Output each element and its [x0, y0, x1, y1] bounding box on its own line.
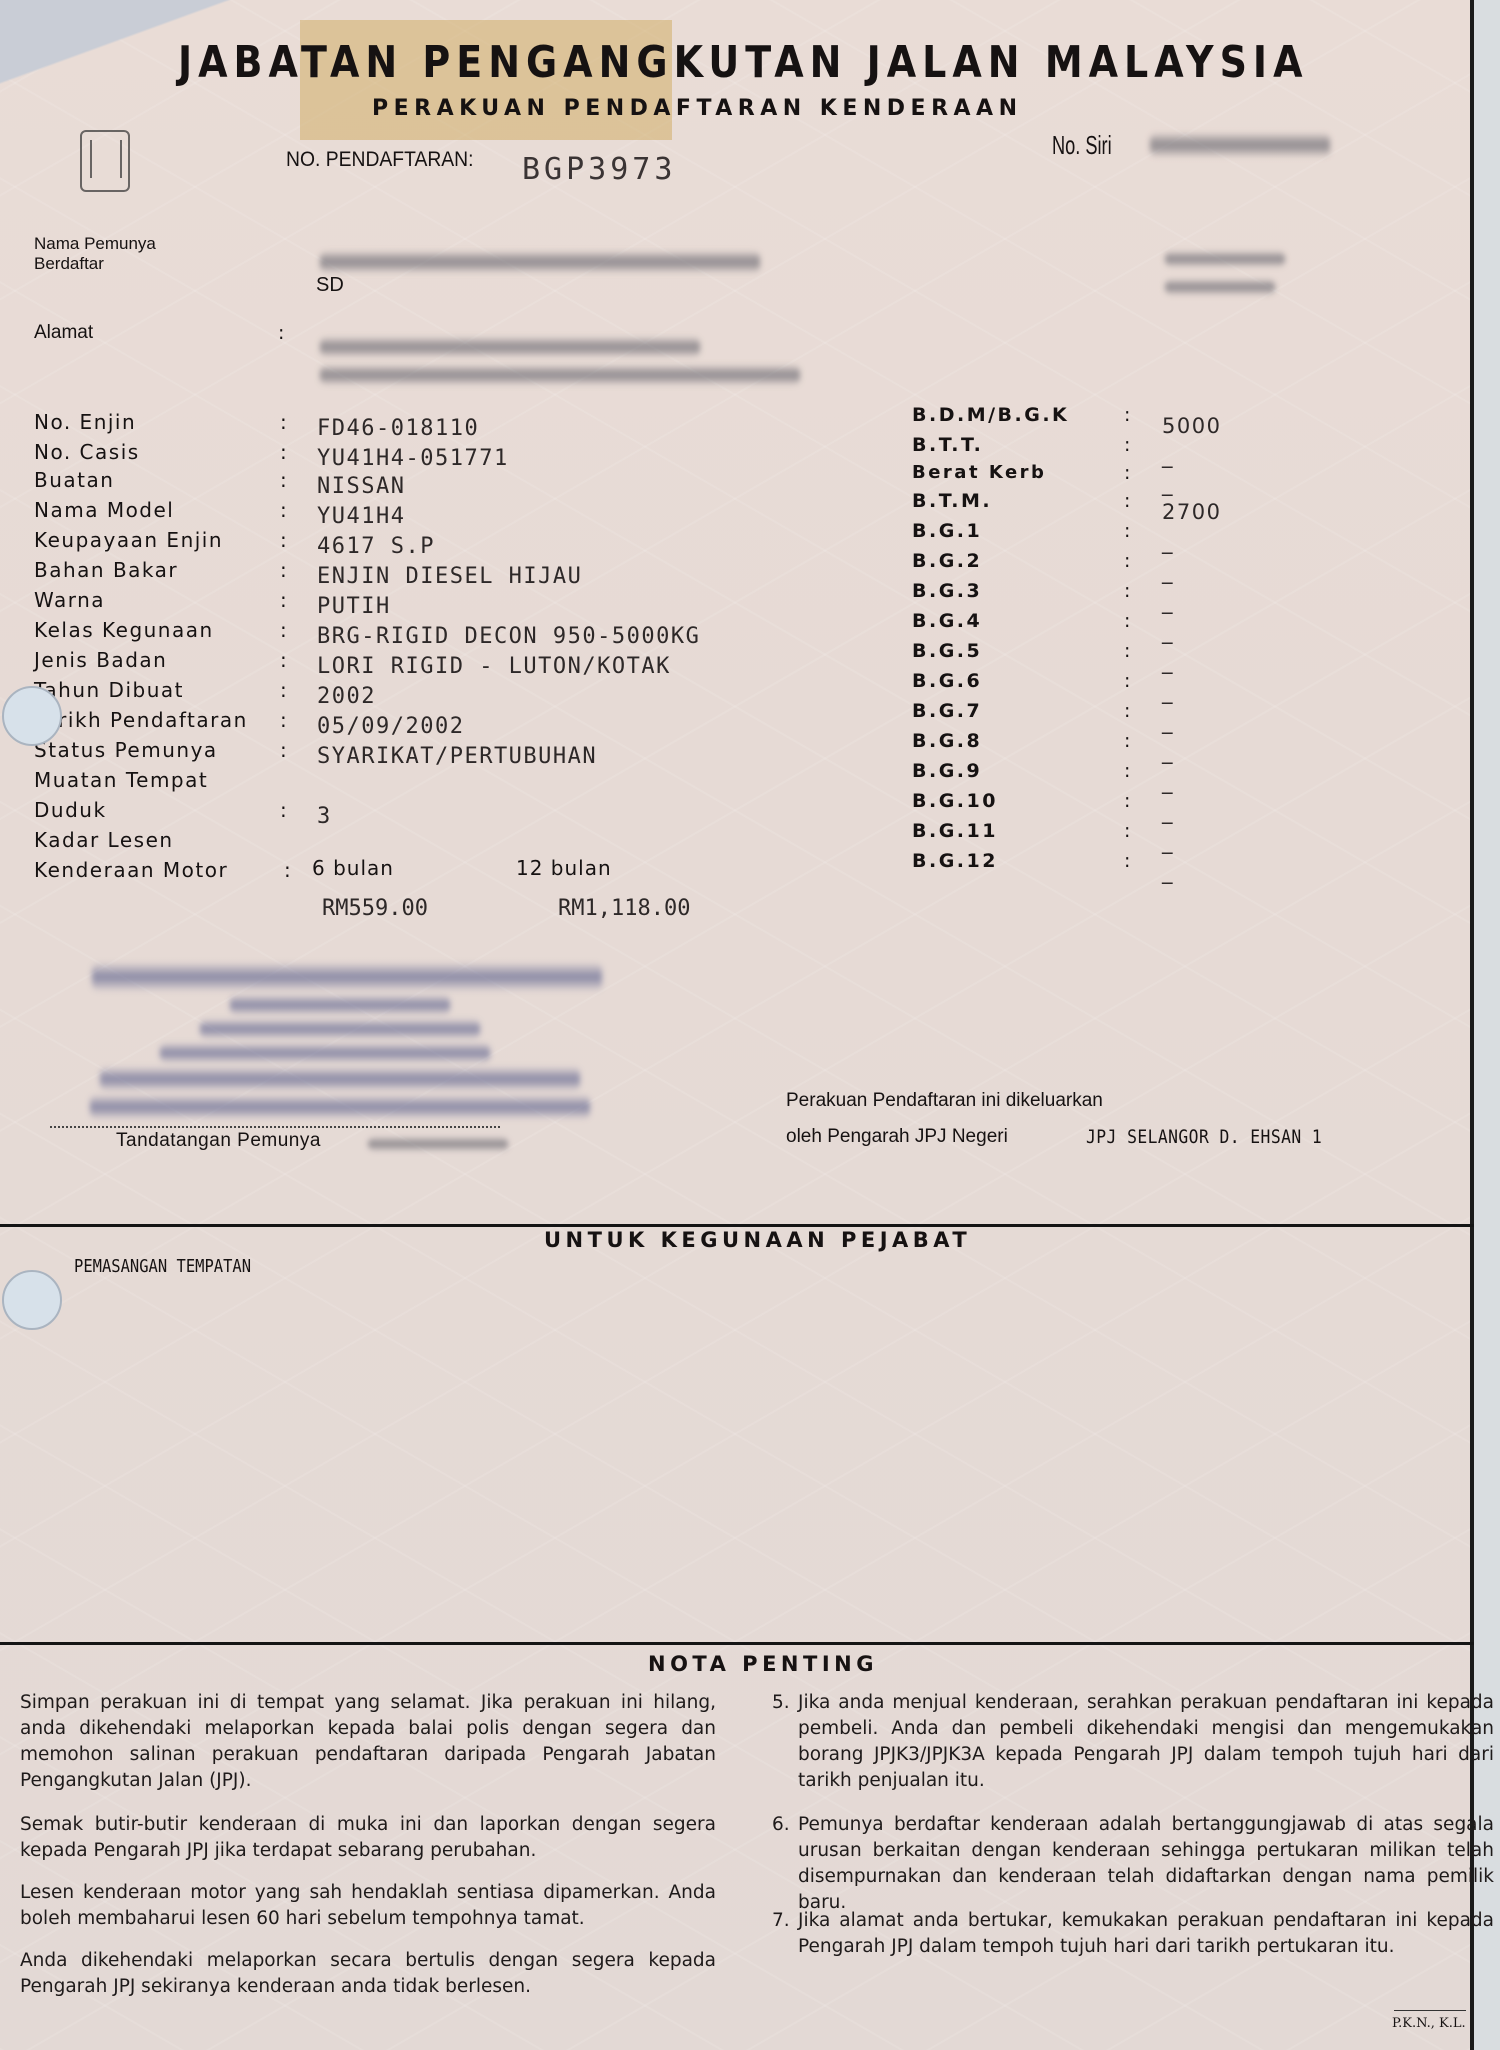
note-item-3: Lesen kenderaan motor yang sah hendaklah… — [20, 1880, 716, 1932]
punch-hole — [2, 1270, 62, 1330]
field-model: Nama Model:YU41H4 — [34, 498, 794, 528]
redacted-stamp-6 — [90, 1094, 590, 1120]
spec-bg4: B.G.4:_ — [912, 610, 1332, 640]
redacted-id-2 — [1165, 278, 1275, 296]
serial-label: No. Siri — [1052, 130, 1112, 161]
field-seating: Duduk:3 — [34, 798, 794, 828]
spec-bg8: B.G.8:_ — [912, 730, 1332, 760]
field-engine-capacity: Keupayaan Enjin:4617 S.P — [34, 528, 794, 558]
spec-bg1: B.G.1:_ — [912, 520, 1332, 550]
field-colour: Warna:PUTIH — [34, 588, 794, 618]
document-title: PERAKUAN PENDAFTARAN KENDERAAN — [372, 96, 1023, 121]
note-item-6: 6.Pemunya berdaftar kenderaan adalah ber… — [798, 1812, 1494, 1916]
spec-btm: B.T.M.:2700 — [912, 490, 1332, 520]
field-body-type: Jenis Badan:LORI RIGID - LUTON/KOTAK — [34, 648, 794, 678]
redacted-signature-suffix — [368, 1136, 508, 1152]
spec-btt: B.T.T.:_ — [912, 434, 1332, 464]
spec-bg6: B.G.6:_ — [912, 670, 1332, 700]
field-make: Buatan:NISSAN — [34, 468, 794, 498]
field-year-made: Tahun Dibuat:2002 — [34, 678, 794, 708]
redacted-address-2 — [320, 364, 800, 386]
license-amount-6: RM559.00 — [322, 896, 428, 921]
note-item-2: Semak butir-butir kenderaan di muka ini … — [20, 1812, 716, 1864]
spec-bg11: B.G.11:_ — [912, 820, 1332, 850]
redacted-stamp-5 — [100, 1066, 580, 1092]
redacted-address-1 — [320, 336, 700, 358]
field-usage-class: Kelas Kegunaan:BRG-RIGID DECON 950-5000K… — [34, 618, 794, 648]
signature-line — [50, 1126, 500, 1128]
field-engine-number: No. Enjin:FD46-018110 — [34, 410, 794, 440]
note-item-4: Anda dikehendaki melaporkan secara bertu… — [20, 1948, 716, 2000]
punch-hole — [2, 686, 62, 746]
address-label: Alamat — [34, 322, 93, 344]
license-period-12: 12 bulan — [516, 856, 612, 880]
registration-number: BGP3973 — [522, 152, 676, 187]
printer-mark: P.K.N., K.L. — [1392, 2016, 1466, 2031]
agency-title: JABATAN PENGANGKUTAN JALAN MALAYSIA — [178, 37, 1308, 88]
spec-bdm: B.D.M/B.G.K:5000 — [912, 404, 1332, 434]
license-amount-12: RM1,118.00 — [558, 896, 690, 921]
redacted-owner-name — [320, 250, 760, 274]
field-motor-vehicle: Kenderaan Motor: — [34, 858, 794, 888]
redacted-stamp-2 — [230, 994, 450, 1016]
registration-label: NO. PENDAFTARAN: — [286, 148, 473, 172]
spec-bg5: B.G.5:_ — [912, 640, 1332, 670]
redacted-stamp-4 — [160, 1042, 490, 1064]
issuance-text-1: Perakuan Pendaftaran ini dikeluarkan — [786, 1090, 1103, 1112]
spec-bg9: B.G.9:_ — [912, 760, 1332, 790]
issuance-text-2: oleh Pengarah JPJ Negeri — [786, 1126, 1008, 1148]
notes-divider — [0, 1642, 1474, 1645]
spec-kerb-weight: Berat Kerb:_ — [912, 462, 1332, 492]
field-registration-date: Tarikh Pendaftaran:05/09/2002 — [34, 708, 794, 738]
field-owner-status: Status Pemunya:SYARIKAT/PERTUBUHAN — [34, 738, 794, 768]
field-seating-label: Muatan Tempat — [34, 768, 794, 798]
note-item-5: 5.Jika anda menjual kenderaan, serahkan … — [798, 1690, 1494, 1794]
redacted-stamp-1 — [92, 962, 602, 992]
redacted-stamp-3 — [200, 1018, 480, 1040]
office-use-title: UNTUK KEGUNAAN PEJABAT — [544, 1228, 971, 1252]
owner-signature-label: Tandatangan Pemunya — [116, 1130, 321, 1152]
spec-bg10: B.G.10:_ — [912, 790, 1332, 820]
owner-label: Nama Pemunya Berdaftar — [34, 234, 156, 274]
spec-bg3: B.G.3:_ — [912, 580, 1332, 610]
spec-bg12: B.G.12:_ — [912, 850, 1332, 880]
note-item-7: 7.Jika alamat anda bertukar, kemukakan p… — [798, 1908, 1494, 1960]
redacted-serial — [1150, 132, 1330, 158]
printer-divider — [1394, 2010, 1466, 2011]
owner-name-partial: SD — [316, 274, 344, 297]
field-chassis-number: No. Casis:YU41H4-051771 — [34, 440, 794, 470]
spec-bg2: B.G.2:_ — [912, 550, 1332, 580]
spec-bg7: B.G.7:_ — [912, 700, 1332, 730]
field-fuel: Bahan Bakar:ENJIN DIESEL HIJAU — [34, 558, 794, 588]
colon: : — [278, 322, 284, 344]
license-period-6: 6 bulan — [312, 856, 394, 880]
issuing-office: JPJ SELANGOR D. EHSAN 1 — [1086, 1126, 1322, 1148]
field-license-rate-label: Kadar Lesen — [34, 828, 794, 858]
note-item-1: Simpan perakuan ini di tempat yang selam… — [20, 1690, 716, 1794]
notes-title: NOTA PENTING — [648, 1652, 878, 1676]
redacted-id-1 — [1165, 250, 1285, 268]
emblem-icon — [80, 130, 130, 192]
office-use-divider — [0, 1224, 1474, 1227]
local-install-label: PEMASANGAN TEMPATAN — [74, 1256, 251, 1277]
